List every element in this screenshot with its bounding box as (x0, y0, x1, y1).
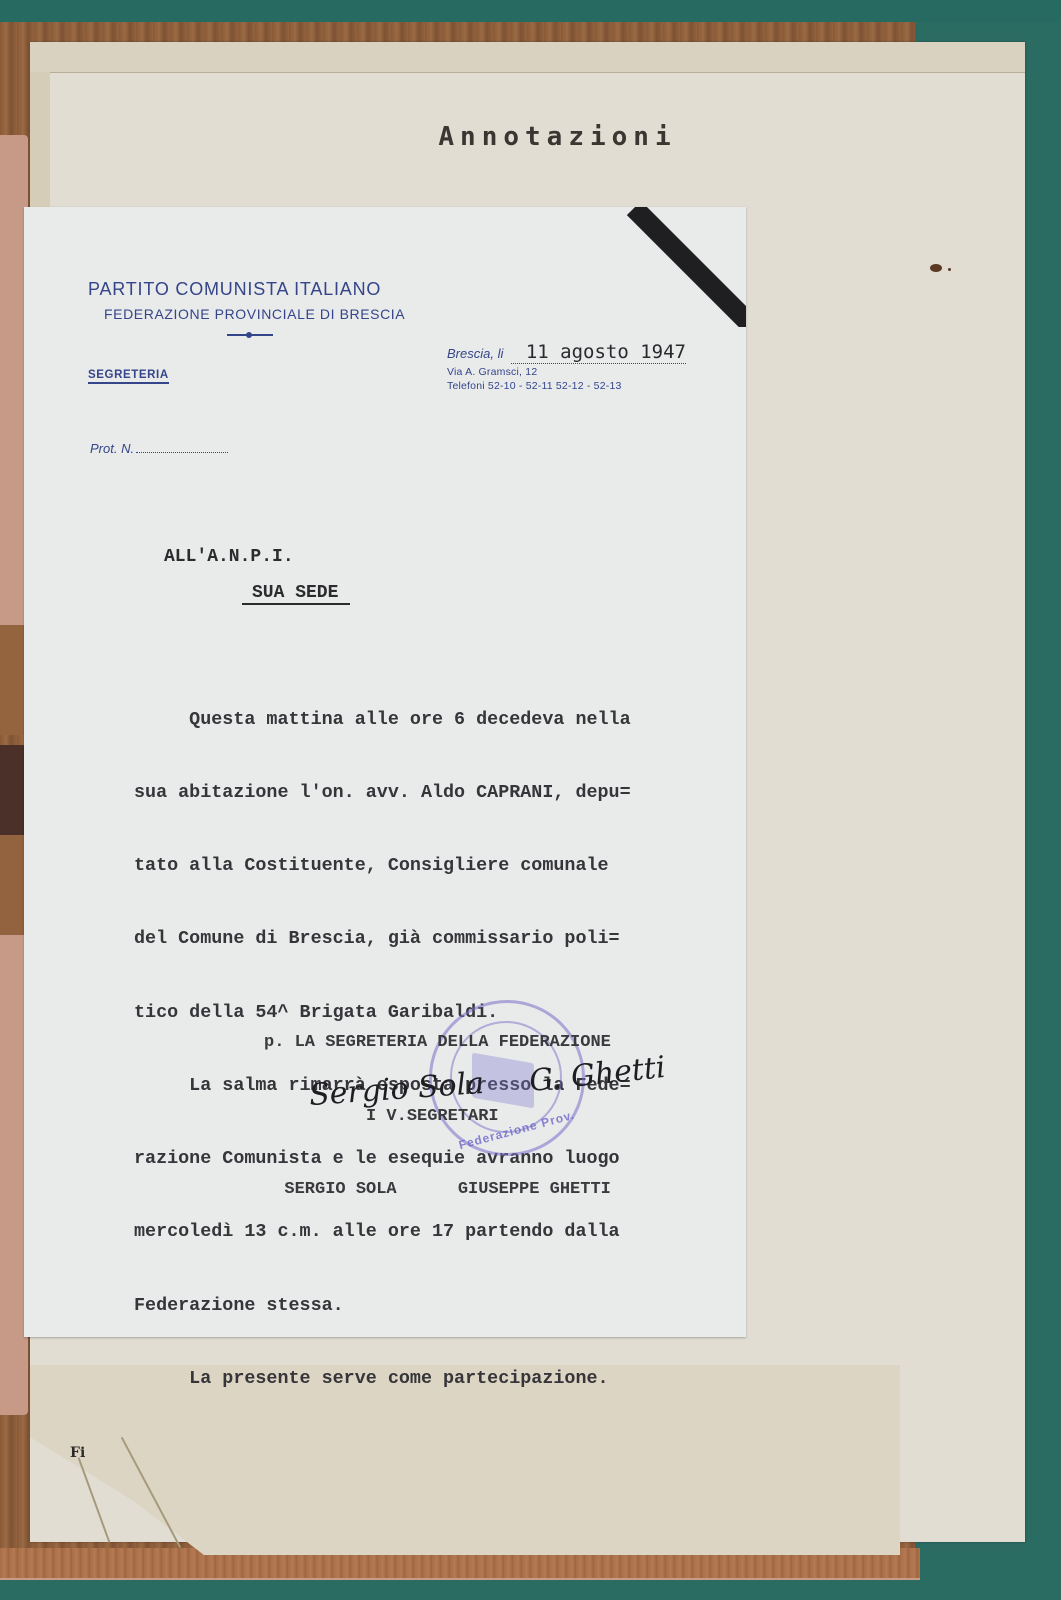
body-line: tato alla Costituente, Consigliere comun… (134, 854, 734, 878)
address: Via A. Gramsci, 12 (447, 366, 686, 378)
date-line: Brescia, li 11 agosto 1947 (447, 341, 686, 364)
protocol-blank (136, 452, 228, 453)
recipient-location: SUA SEDE (242, 583, 350, 605)
letterhead-federation: FEDERAZIONE PROVINCIALE DI BRESCIA (104, 306, 405, 322)
ink-stain (948, 268, 951, 271)
place-label: Brescia, li (447, 346, 503, 361)
protocol-number-field: Prot. N. (90, 441, 228, 456)
closing-line: p. LA SEGRETERIA DELLA FEDERAZIONE (264, 1031, 611, 1056)
body-line: La presente serve come partecipazione. (134, 1367, 734, 1391)
protocol-label: Prot. N. (90, 441, 134, 456)
letterhead-office: SEGRETERIA (88, 369, 169, 384)
body-line: Questa mattina alle ore 6 decedeva nella (134, 708, 734, 732)
date-address-block: Brescia, li 11 agosto 1947 Via A. Gramsc… (447, 341, 686, 392)
body-line: sua abitazione l'on. avv. Aldo CAPRANI, … (134, 781, 734, 805)
letter-date: 11 agosto 1947 (511, 341, 686, 364)
fold-text: Fi (70, 1445, 85, 1461)
letterhead-party: PARTITO COMUNISTA ITALIANO (88, 279, 381, 300)
ink-stain (930, 264, 942, 272)
letterhead-ornament (227, 334, 273, 336)
tape-strip (30, 42, 1025, 73)
letter-sheet: PARTITO COMUNISTA ITALIANO FEDERAZIONE P… (24, 207, 746, 1337)
mourning-band (626, 207, 746, 327)
body-line: del Comune di Brescia, già commissario p… (134, 927, 734, 951)
recipient: ALL'A.N.P.I. (164, 547, 294, 567)
body-line: Federazione stessa. (134, 1294, 734, 1318)
felt-background (0, 0, 1061, 22)
closing-line: SERGIO SOLA GIUSEPPE GHETTI (264, 1178, 611, 1203)
sheet-title: Annotazioni (30, 122, 1025, 152)
phone-numbers: Telefoni 52-10 - 52-11 52-12 - 52-13 (447, 380, 686, 392)
closing-block: p. LA SEGRETERIA DELLA FEDERAZIONE I V.S… (264, 982, 611, 1252)
